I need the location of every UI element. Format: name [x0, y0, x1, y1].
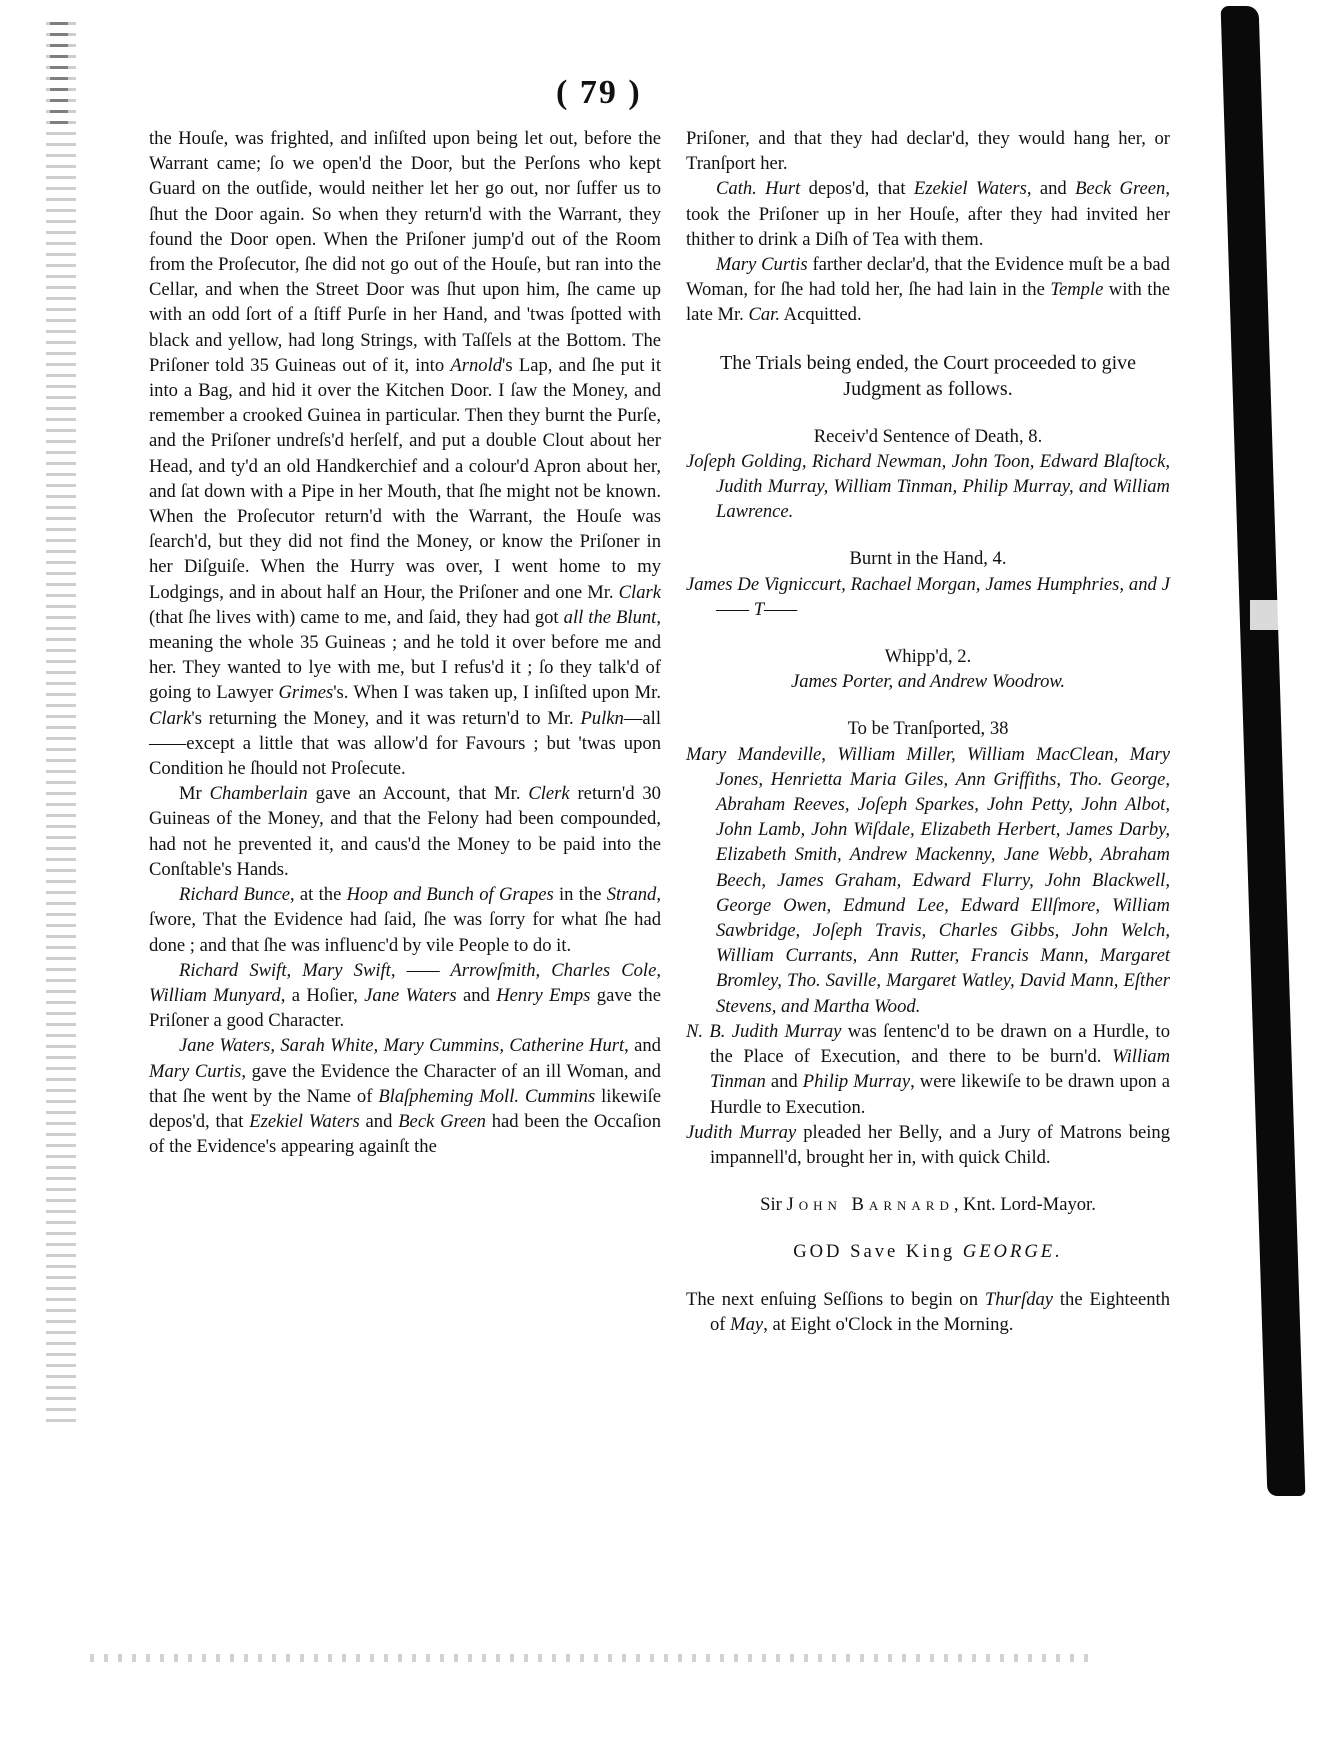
character-witnesses-paragraph: Richard Swift, Mary Swift, —— Arrowſmith… [149, 958, 661, 1034]
god-save-king-line: GOD Save King GEORGE. [686, 1239, 1170, 1264]
book-spine-gap [1250, 600, 1290, 630]
nota-bene-paragraph: N. B. Judith Murray was ſentenc'd to be … [686, 1019, 1170, 1120]
left-column: the Houſe, was frighted, and inſiſted up… [149, 126, 661, 1159]
sentence-names-death: Joſeph Golding, Richard Newman, John Too… [686, 449, 1170, 525]
mary-curtis-paragraph: Mary Curtis farther declar'd, that the E… [686, 252, 1170, 328]
next-sessions-paragraph: The next enſuing Seſſions to begin on Th… [686, 1287, 1170, 1337]
book-spine-shadow [1221, 6, 1306, 1496]
sentence-names-whipped: James Porter, and Andrew Woodrow. [686, 669, 1170, 694]
chamberlain-paragraph: Mr Chamberlain gave an Account, that Mr.… [149, 781, 661, 882]
sentence-names-burnt: James De Vigniccurt, Rachael Morgan, Jam… [686, 572, 1170, 622]
continuation-paragraph: Priſoner, and that they had declar'd, th… [686, 126, 1170, 176]
cath-hurt-paragraph: Cath. Hurt depos'd, that Ezekiel Waters,… [686, 176, 1170, 252]
evidence-character-paragraph: Jane Waters, Sarah White, Mary Cummins, … [149, 1033, 661, 1159]
testimony-paragraph: the Houſe, was frighted, and inſiſted up… [149, 126, 661, 781]
bottom-scan-noise [90, 1654, 1090, 1662]
sentence-heading-whipped: Whipp'd, 2. [686, 644, 1170, 669]
left-margin-scan-noise [46, 22, 76, 1422]
pleaded-belly-paragraph: Judith Murray pleaded her Belly, and a J… [686, 1120, 1170, 1170]
sentence-names-transported: Mary Mandeville, William Miller, William… [686, 742, 1170, 1019]
spacer [686, 328, 1170, 350]
page-number: ( 79 ) [556, 74, 642, 112]
right-column: Priſoner, and that they had declar'd, th… [686, 126, 1170, 1337]
name-arnold: Arnold [450, 355, 502, 376]
lord-mayor-line: Sir John Barnard, Knt. Lord-Mayor. [686, 1192, 1170, 1217]
left-margin-scan-noise-top [50, 22, 68, 132]
sentence-heading-burnt: Burnt in the Hand, 4. [686, 546, 1170, 571]
bunce-paragraph: Richard Bunce, at the Hoop and Bunch of … [149, 882, 661, 958]
sentence-heading-death: Receiv'd Sentence of Death, 8. [686, 424, 1170, 449]
sentence-heading-transported: To be Tranſported, 38 [686, 716, 1170, 741]
trials-ended-heading: The Trials being ended, the Court procee… [686, 350, 1170, 402]
